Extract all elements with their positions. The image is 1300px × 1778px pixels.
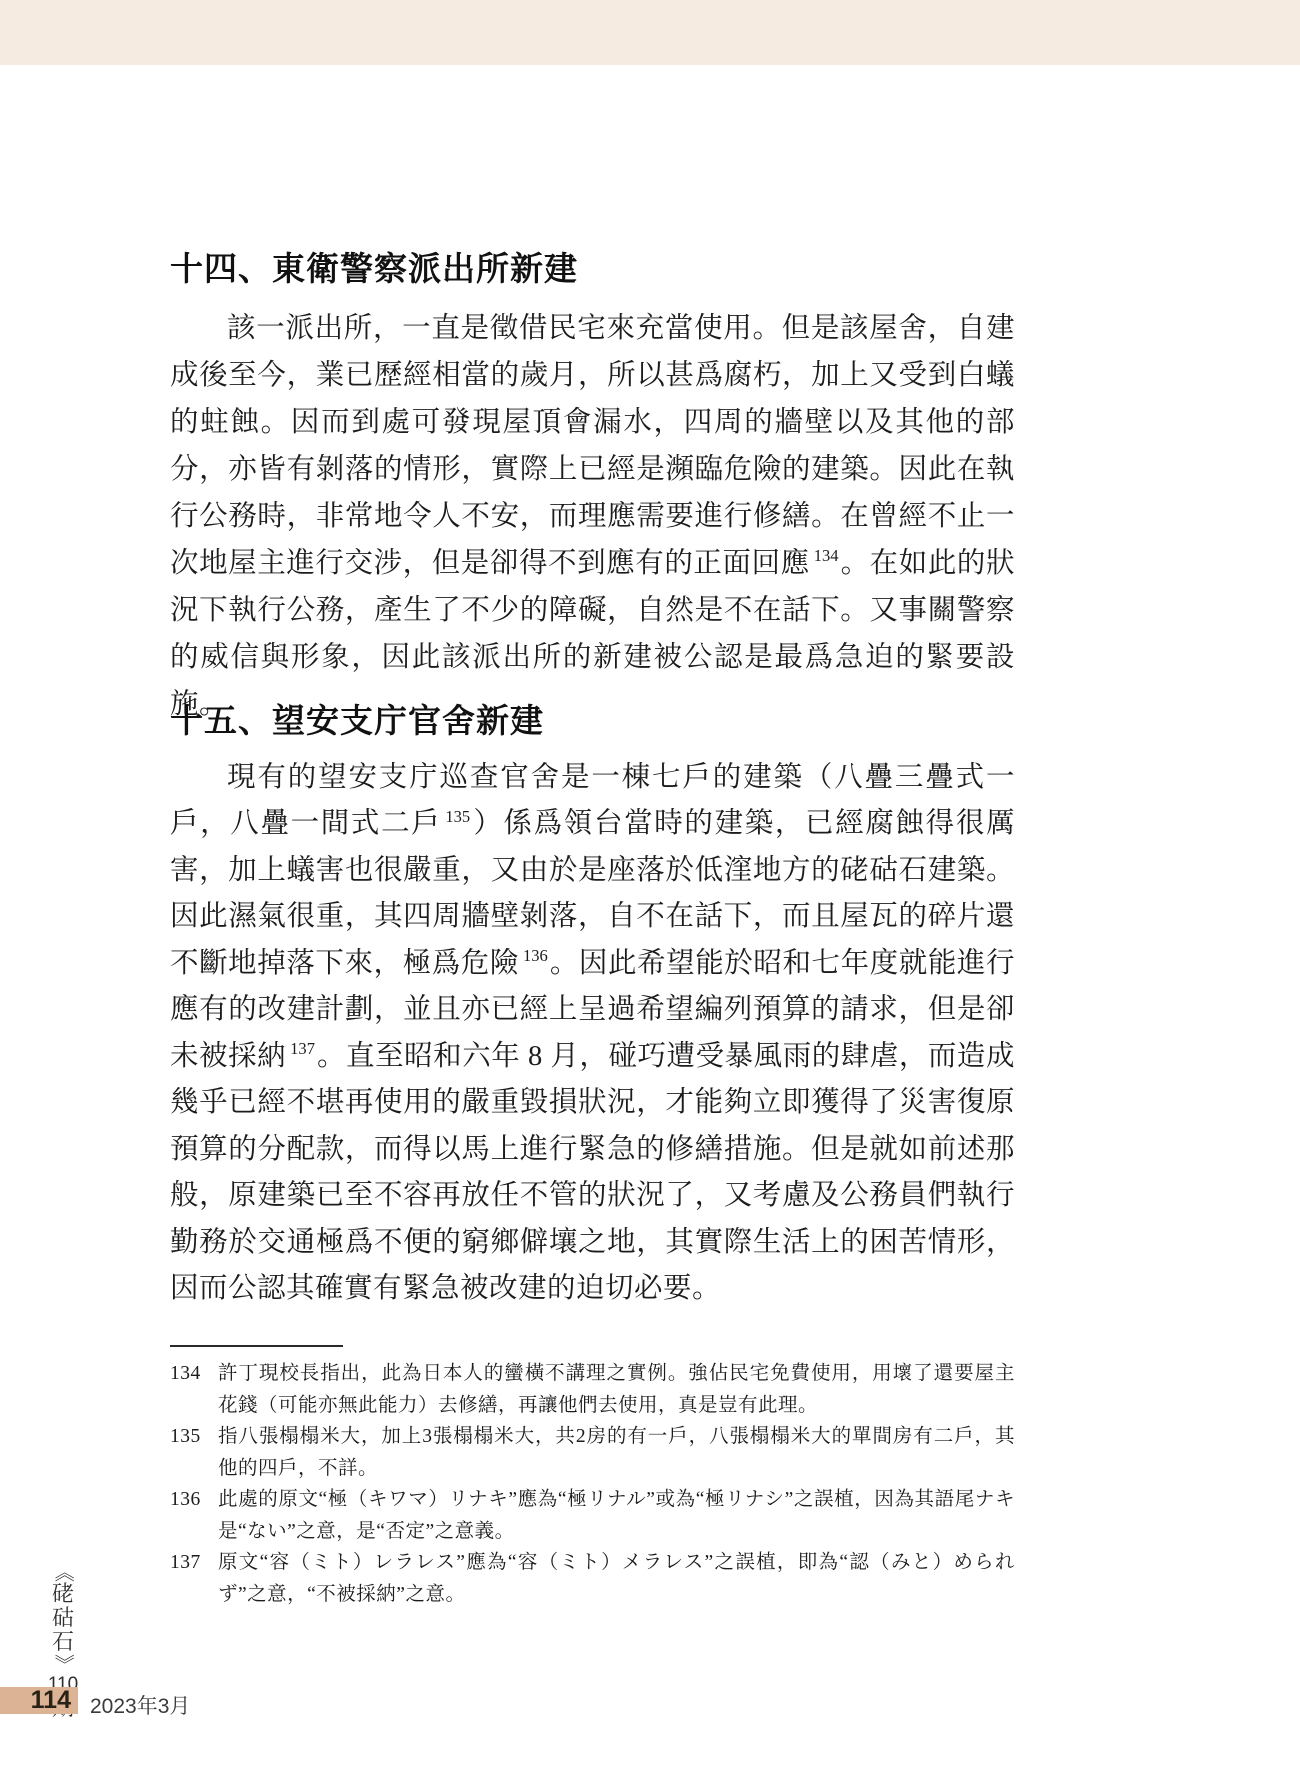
footnote-text: 許丁現校長指出，此為日本人的蠻橫不講理之實例。強佔民宅免費使用，用壞了還要屋主花… (218, 1358, 1015, 1421)
paragraph-text: 。直至昭和六年 8 月，碰巧遭受暴風雨的肆虐，而造成幾乎已經不堪再使用的嚴重毀損… (170, 1041, 1015, 1305)
paragraph-text: 該一派出所，一直是徵借民宅來充當使用。但是該屋舍，自建成後至今，業已歷經相當的歲… (170, 313, 1015, 579)
footnote-number: 136 (170, 1484, 218, 1516)
footnote-number: 137 (170, 1547, 218, 1579)
footnote-text: 指八張榻榻米大，加上3張榻榻米大，共2房的有一戶，八張榻榻米大的單間房有二戶，其… (218, 1421, 1015, 1484)
spine-char: 石 (52, 1630, 74, 1654)
paragraph-section-15: 現有的望安支庁巡查官舍是一棟七戶的建築（八疊三疊式一戶，八疊一間式二戶135）係… (170, 755, 1015, 1313)
section-heading-15: 十五、望安支庁官舍新建 (170, 695, 544, 742)
page-number-badge: 114 (0, 1687, 78, 1714)
footnote-number: 134 (170, 1358, 218, 1390)
footnote-number: 135 (170, 1421, 218, 1453)
paragraph-section-14: 該一派出所，一直是徵借民宅來充當使用。但是該屋舍，自建成後至今，業已歷經相當的歲… (170, 305, 1015, 728)
footnote-135: 135 指八張榻榻米大，加上3張榻榻米大，共2房的有一戶，八張榻榻米大的單間房有… (170, 1421, 1015, 1484)
footnote-divider (170, 1345, 343, 1347)
spine-char: 𥑮 (52, 1606, 74, 1630)
footnote-text: 原文“容（ミト）レラレス”應為“容（ミト）メラレス”之誤植，即為“認（みと）めら… (218, 1547, 1015, 1610)
section-heading-14: 十四、東衛警察派出所新建 (170, 243, 578, 290)
spine-char: 硓 (52, 1582, 74, 1606)
journal-page: 十四、東衛警察派出所新建 該一派出所，一直是徵借民宅來充當使用。但是該屋舍，自建… (0, 0, 1300, 1778)
spine-bracket-open: 《 (53, 1562, 73, 1582)
issue-date: 2023年3月 (90, 1690, 190, 1720)
footnote-ref-135: 135 (445, 807, 470, 826)
footnote-137: 137 原文“容（ミト）レラレス”應為“容（ミト）メラレス”之誤植，即為“認（み… (170, 1547, 1015, 1610)
footnote-134: 134 許丁現校長指出，此為日本人的蠻橫不講理之實例。強佔民宅免費使用，用壞了還… (170, 1358, 1015, 1421)
page-top-band (0, 0, 1300, 65)
footnote-ref-137: 137 (290, 1039, 315, 1058)
footnote-136: 136 此處的原文“極（キワマ）リナキ”應為“極リナル”或為“極リナシ”之誤植，… (170, 1484, 1015, 1547)
footnotes-block: 134 許丁現校長指出，此為日本人的蠻橫不講理之實例。強佔民宅免費使用，用壞了還… (170, 1358, 1015, 1610)
footnote-ref-134: 134 (814, 546, 839, 565)
spine-bracket-close: 》 (53, 1654, 73, 1674)
footnote-ref-136: 136 (523, 946, 548, 965)
footnote-text: 此處的原文“極（キワマ）リナキ”應為“極リナル”或為“極リナシ”之誤植，因為其語… (218, 1484, 1015, 1547)
